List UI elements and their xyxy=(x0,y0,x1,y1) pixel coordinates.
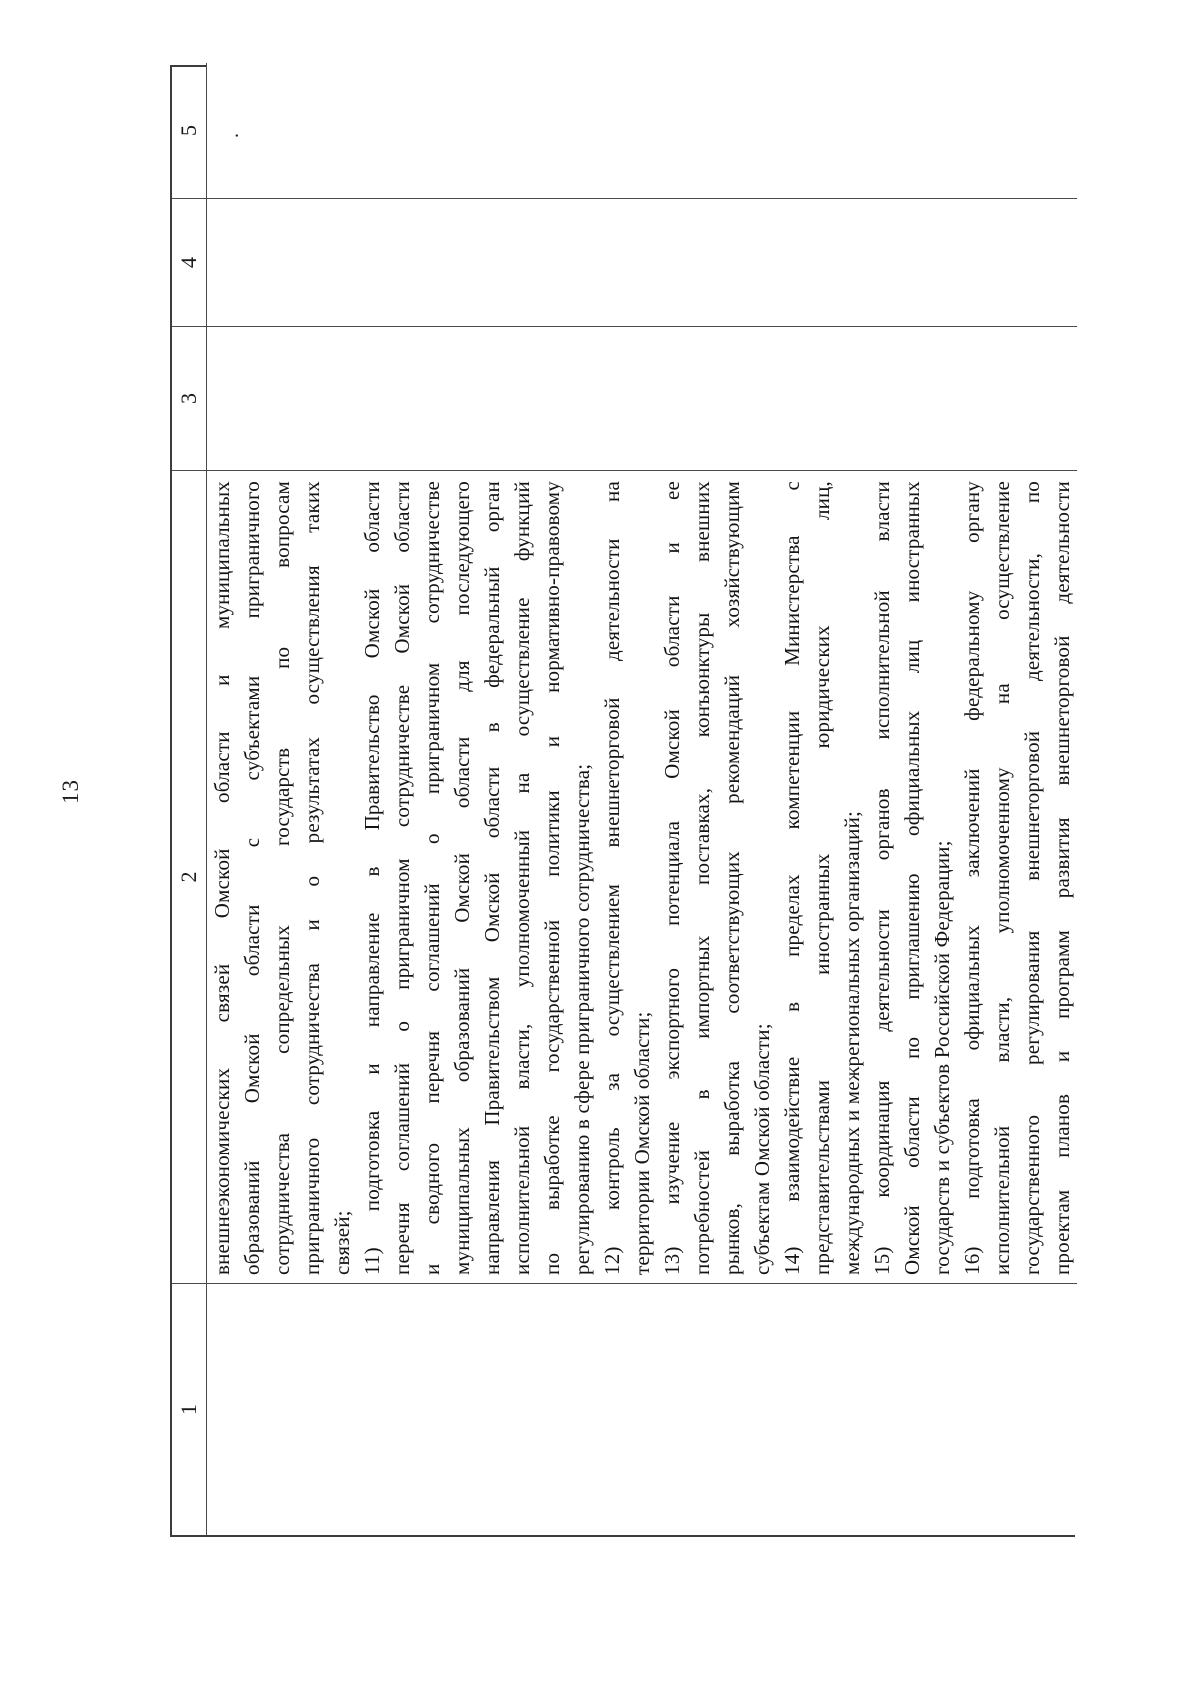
body-cell-col1 xyxy=(207,1283,1077,1535)
header-cell-2: 2 xyxy=(172,470,207,1283)
text-line: 16) подготовка официальных заключений фе… xyxy=(957,481,987,1275)
text-line: по выработке государственной политики и … xyxy=(537,481,567,1275)
text-line: международных и межрегиональных организа… xyxy=(837,481,867,1275)
text-line: исполнительной власти, уполномоченный на… xyxy=(507,481,537,1275)
body-cell-col5: . xyxy=(207,63,1077,198)
text-line: 11) подготовка и направление в Правитель… xyxy=(357,481,387,1275)
body-cell-col4 xyxy=(207,198,1077,326)
scanned-page: 13 1 2 3 4 5 внешнеэкономических связей … xyxy=(0,0,1200,1697)
text-line: 15) координация деятельности органов исп… xyxy=(867,481,897,1275)
text-line: 13) изучение экспортного потенциала Омск… xyxy=(657,481,687,1275)
rotated-page-content: 13 1 2 3 4 5 внешнеэкономических связей … xyxy=(0,0,1200,1697)
header-cell-5: 5 xyxy=(172,63,207,198)
page-number: 13 xyxy=(58,779,84,804)
text-line: территории Омской области; xyxy=(627,481,657,1275)
text-line: связей; xyxy=(327,481,357,1275)
text-line: государств и субъектов Российской Федера… xyxy=(927,481,957,1275)
body-cell-col3 xyxy=(207,326,1077,470)
text-line: потребностей в импортных поставках, конъ… xyxy=(687,481,717,1275)
text-line: государственного регулирования внешнетор… xyxy=(1017,481,1047,1275)
header-cell-4: 4 xyxy=(172,198,207,326)
text-line: внешнеэкономических связей Омской област… xyxy=(207,481,237,1275)
text-line: сотрудничества сопредельных государств п… xyxy=(267,481,297,1275)
text-line: 14) взаимодействие в пределах компетенци… xyxy=(777,481,807,1275)
table: 1 2 3 4 5 внешнеэкономических связей Омс… xyxy=(170,65,1075,1537)
text-line: образований Омской области с субъектами … xyxy=(237,481,267,1275)
text-line: субъектам Омской области; xyxy=(747,481,777,1275)
text-line: регулированию в сфере приграничного сотр… xyxy=(567,481,597,1275)
stray-dot-mark: . xyxy=(207,63,244,198)
text-line: представительствами иностранных юридичес… xyxy=(807,481,837,1275)
text-line: проектам планов и программ развития внеш… xyxy=(1047,481,1077,1275)
text-line: 12) контроль за осуществлением внешнетор… xyxy=(597,481,627,1275)
text-line: и сводного перечня соглашений о приграни… xyxy=(417,481,447,1275)
text-line: рынков, выработка соответствующих рекоме… xyxy=(717,481,747,1275)
text-line: Омской области по приглашению официальны… xyxy=(897,481,927,1275)
body-cell-col2: внешнеэкономических связей Омской област… xyxy=(207,470,1077,1283)
header-cell-1: 1 xyxy=(172,1283,207,1535)
text-line: направления Правительством Омской област… xyxy=(477,481,507,1275)
cell-text-block: внешнеэкономических связей Омской област… xyxy=(207,471,1077,1283)
text-line: приграничного сотрудничества и о результ… xyxy=(297,481,327,1275)
text-line: перечня соглашений о приграничном сотруд… xyxy=(387,481,417,1275)
header-cell-3: 3 xyxy=(172,326,207,470)
text-line: муниципальных образований Омской области… xyxy=(447,481,477,1275)
text-line: исполнительной власти, уполномоченному н… xyxy=(987,481,1017,1275)
